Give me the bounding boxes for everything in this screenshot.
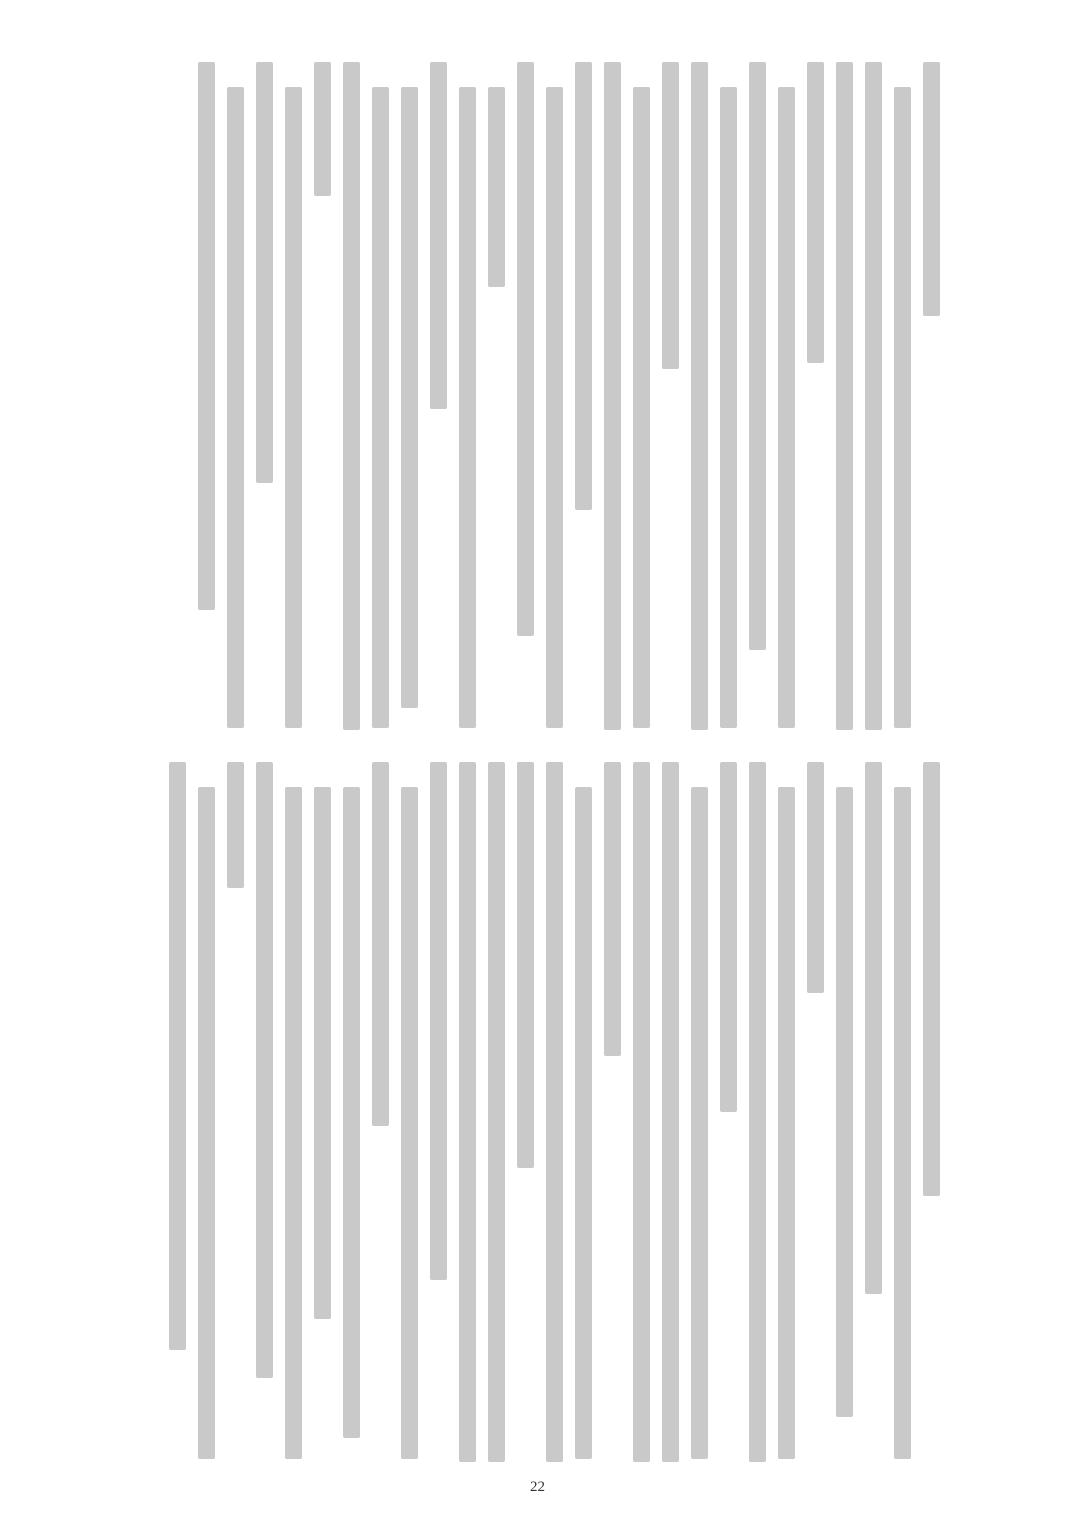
document-page: 22 — [0, 0, 1075, 1518]
redacted-text-column — [198, 62, 215, 730]
redacted-text-column — [401, 62, 418, 730]
redacted-text-column — [343, 62, 360, 730]
page-number: 22 — [0, 1479, 1075, 1496]
redacted-text-bar — [662, 62, 679, 369]
redacted-text-column — [691, 62, 708, 730]
redacted-text-column — [575, 62, 592, 730]
redacted-text-column — [517, 62, 534, 730]
redacted-text-bar — [836, 787, 853, 1417]
redacted-text-column — [662, 62, 679, 730]
redacted-text-column — [691, 762, 708, 1462]
redacted-text-column — [720, 62, 737, 730]
redacted-text-column — [749, 762, 766, 1462]
redacted-text-bar — [488, 87, 505, 287]
redacted-text-bar — [749, 762, 766, 1462]
redacted-text-bar — [604, 62, 621, 730]
redacted-text-bar — [749, 62, 766, 650]
redacted-text-bar — [227, 87, 244, 728]
redacted-text-bar — [836, 62, 853, 730]
redacted-text-column — [285, 762, 302, 1462]
redacted-text-column — [604, 62, 621, 730]
redacted-text-column — [198, 762, 215, 1462]
redacted-text-column — [256, 762, 273, 1462]
redacted-text-column — [575, 762, 592, 1462]
redacted-text-column — [227, 62, 244, 730]
redacted-text-bar — [865, 62, 882, 730]
redacted-text-column — [227, 762, 244, 1462]
redacted-text-bar — [430, 62, 447, 409]
redacted-text-column — [372, 762, 389, 1462]
redacted-text-column — [836, 62, 853, 730]
redacted-text-column — [546, 62, 563, 730]
redacted-text-column — [488, 762, 505, 1462]
redacted-text-column — [314, 762, 331, 1462]
redacted-text-column — [807, 762, 824, 1462]
redacted-text-bar — [720, 762, 737, 1112]
redacted-text-column — [865, 62, 882, 730]
redacted-text-column — [633, 762, 650, 1462]
redacted-text-column — [372, 62, 389, 730]
redacted-text-bar — [256, 762, 273, 1378]
redacted-text-bar — [807, 62, 824, 363]
redacted-text-bar — [169, 762, 186, 1350]
redacted-text-bar — [314, 787, 331, 1319]
redacted-text-bar — [401, 87, 418, 708]
redacted-text-bar — [807, 762, 824, 993]
redacted-text-column — [285, 62, 302, 730]
redacted-text-column — [604, 762, 621, 1462]
redacted-text-column — [923, 62, 940, 730]
redacted-text-column — [430, 762, 447, 1462]
redacted-text-column — [459, 762, 476, 1462]
top-text-block — [140, 62, 940, 730]
redacted-text-bar — [923, 762, 940, 1196]
redacted-text-bar — [459, 762, 476, 1462]
redacted-text-bar — [343, 787, 360, 1438]
redacted-text-bar — [517, 62, 534, 636]
redacted-text-column — [401, 762, 418, 1462]
redacted-text-bar — [778, 787, 795, 1459]
redacted-text-bar — [285, 87, 302, 728]
redacted-text-column — [314, 62, 331, 730]
redacted-text-bar — [285, 787, 302, 1459]
redacted-text-column — [517, 762, 534, 1462]
redacted-text-bar — [865, 762, 882, 1294]
redacted-text-bar — [227, 762, 244, 888]
redacted-text-bar — [546, 87, 563, 728]
redacted-text-bar — [604, 762, 621, 1056]
redacted-text-column — [256, 62, 273, 730]
redacted-text-column — [778, 762, 795, 1462]
redacted-text-bar — [720, 87, 737, 728]
redacted-text-column — [894, 62, 911, 730]
redacted-text-bar — [778, 87, 795, 728]
redacted-text-bar — [372, 762, 389, 1126]
redacted-text-bar — [459, 87, 476, 728]
redacted-text-bar — [517, 762, 534, 1168]
redacted-text-bar — [894, 787, 911, 1459]
redacted-text-column — [459, 62, 476, 730]
redacted-text-bar — [372, 87, 389, 728]
redacted-text-bar — [401, 787, 418, 1459]
redacted-text-bar — [575, 787, 592, 1459]
redacted-text-bar — [256, 62, 273, 483]
redacted-text-bar — [546, 762, 563, 1462]
redacted-text-bar — [343, 62, 360, 730]
redacted-text-bar — [691, 787, 708, 1459]
bottom-text-block — [140, 762, 940, 1462]
redacted-text-bar — [198, 787, 215, 1459]
redacted-text-column — [720, 762, 737, 1462]
redacted-text-column — [169, 762, 186, 1462]
redacted-text-bar — [633, 87, 650, 728]
redacted-text-bar — [430, 762, 447, 1280]
redacted-text-column — [633, 62, 650, 730]
redacted-text-bar — [198, 62, 215, 610]
redacted-text-bar — [691, 62, 708, 730]
redacted-text-column — [923, 762, 940, 1462]
redacted-text-column — [749, 62, 766, 730]
redacted-text-column — [836, 762, 853, 1462]
redacted-text-column — [778, 62, 795, 730]
redacted-text-bar — [575, 62, 592, 510]
redacted-text-column — [807, 62, 824, 730]
redacted-text-bar — [488, 762, 505, 1462]
redacted-text-column — [430, 62, 447, 730]
redacted-text-bar — [633, 762, 650, 1462]
redacted-text-bar — [923, 62, 940, 316]
redacted-text-bar — [662, 762, 679, 1462]
redacted-text-column — [488, 62, 505, 730]
redacted-text-bar — [314, 62, 331, 196]
redacted-text-column — [546, 762, 563, 1462]
redacted-text-column — [343, 762, 360, 1462]
redacted-text-column — [894, 762, 911, 1462]
redacted-text-bar — [894, 87, 911, 728]
redacted-text-column — [662, 762, 679, 1462]
redacted-text-column — [865, 762, 882, 1462]
